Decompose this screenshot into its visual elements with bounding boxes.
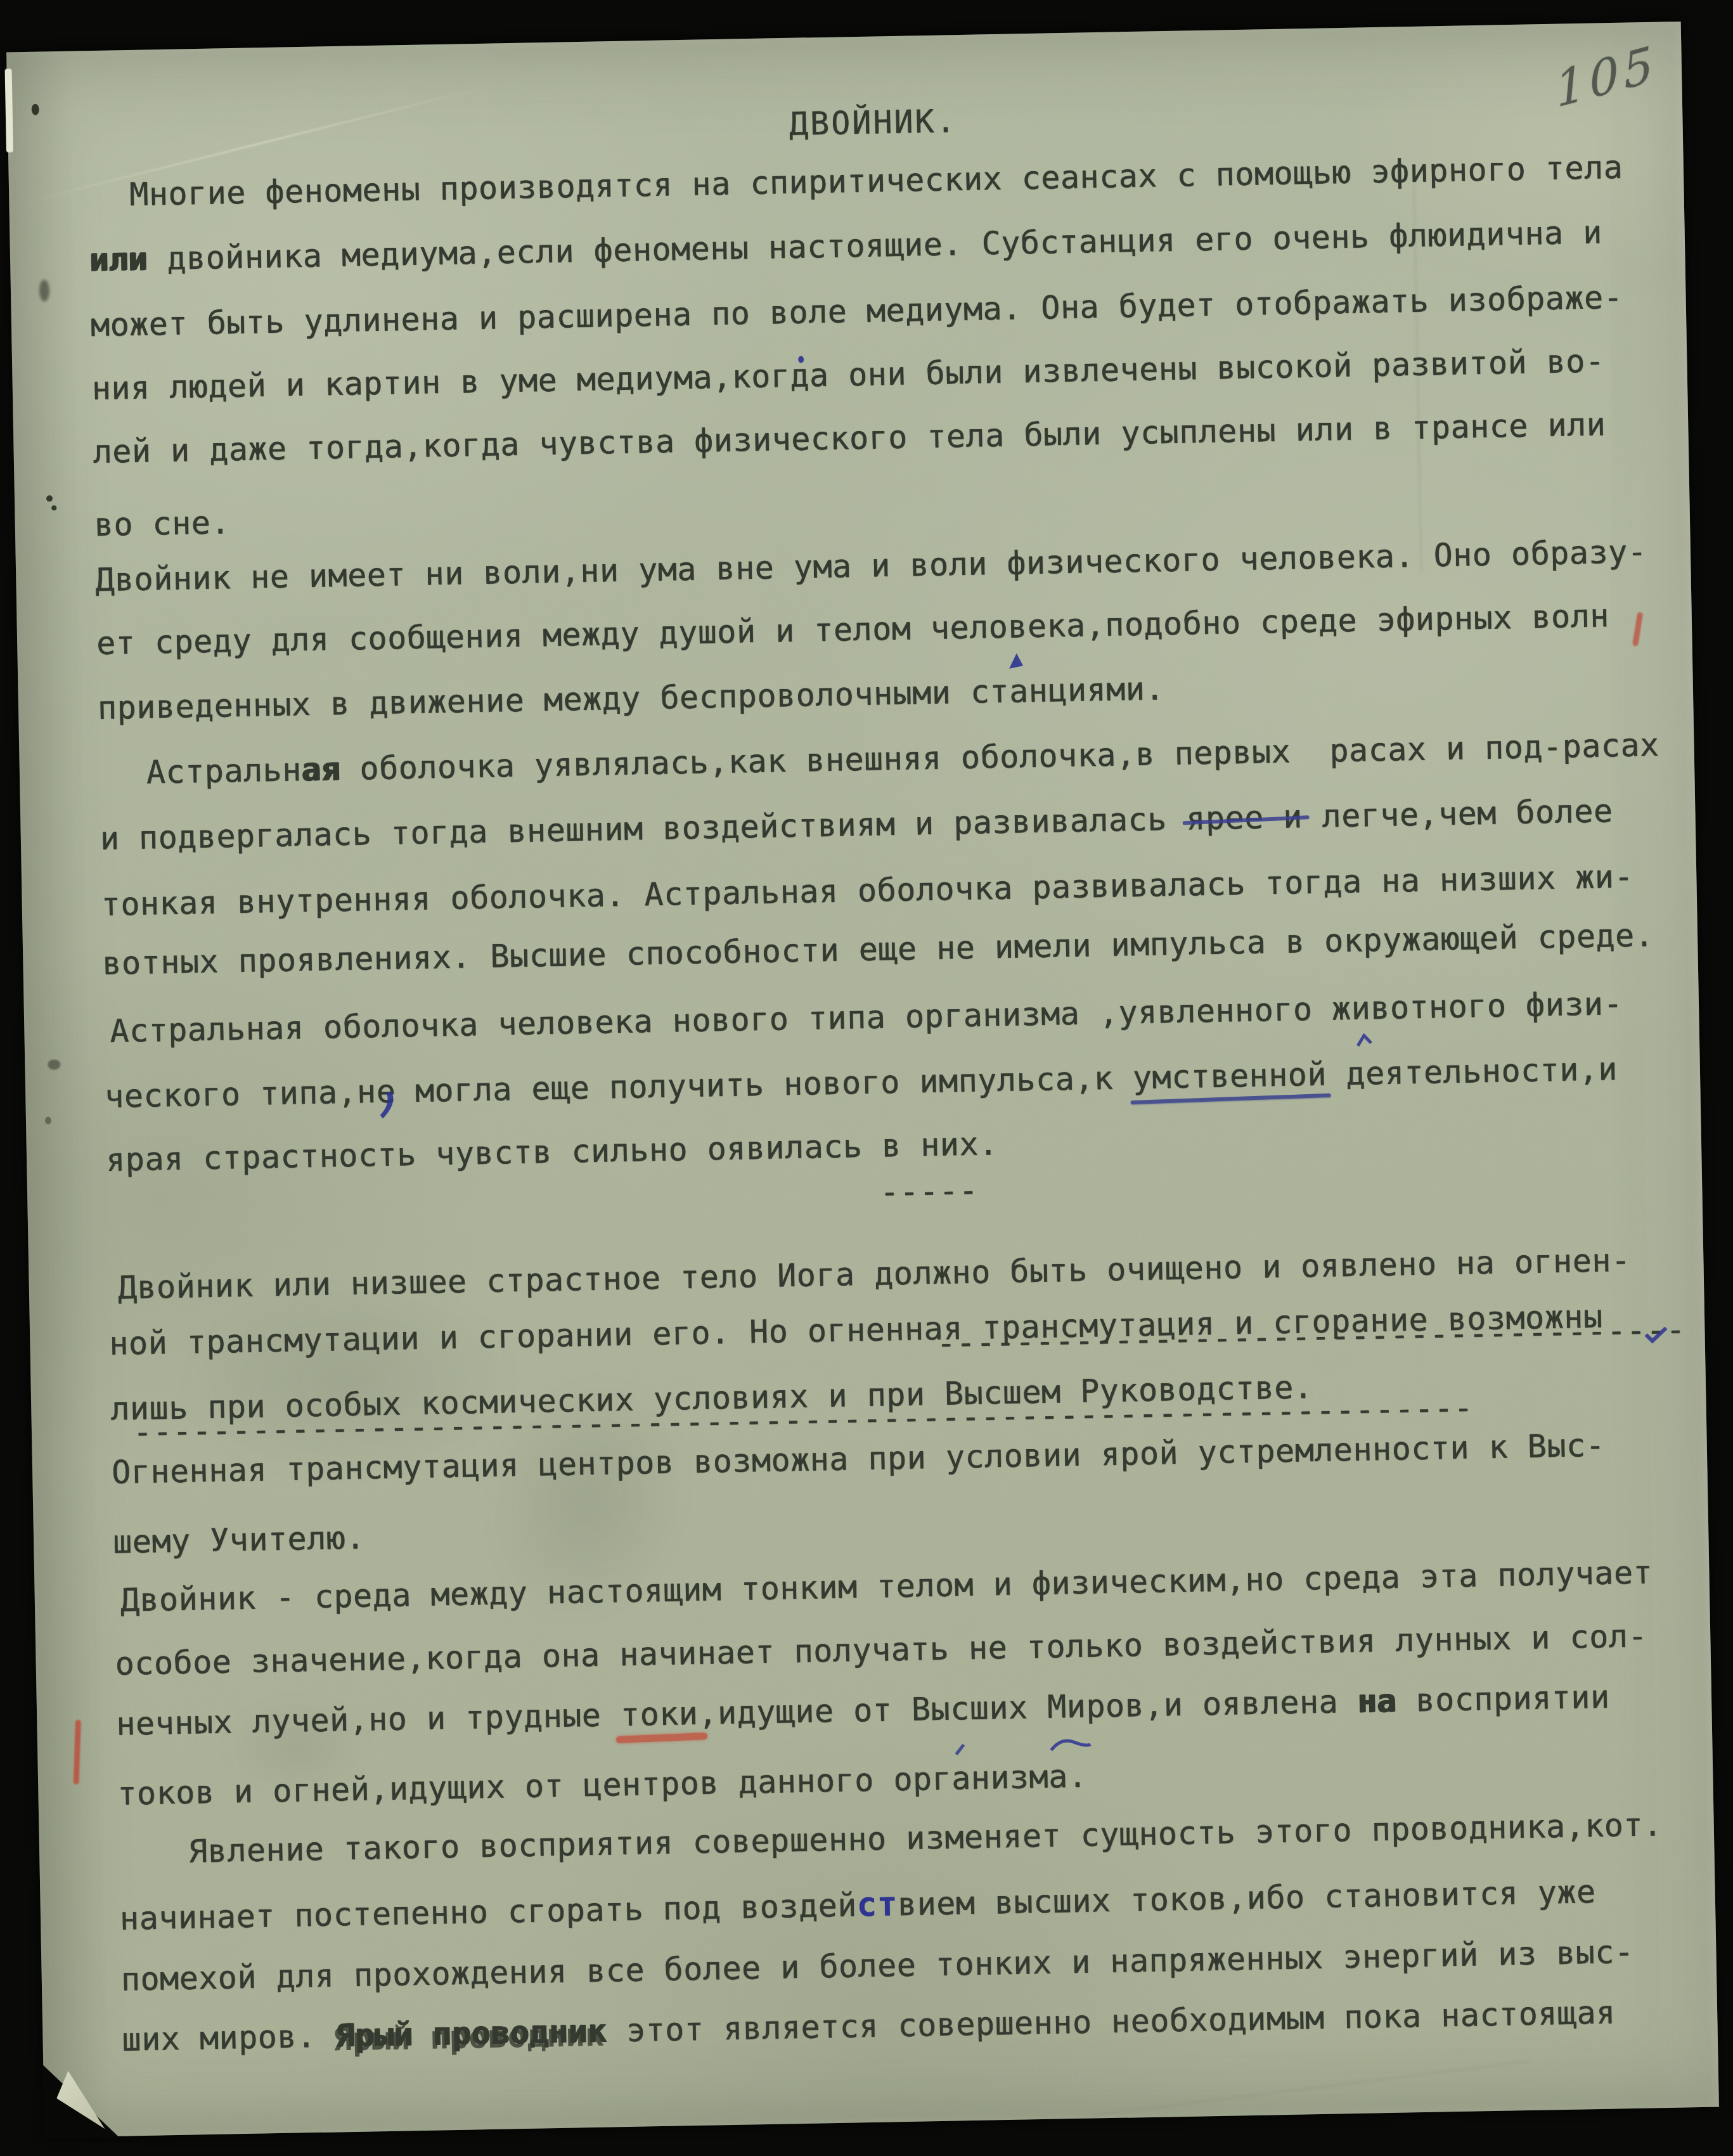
blue-strikethrough-mark: ярее и xyxy=(1186,798,1303,837)
text-line: лей и даже тогда,когда чувства физическо… xyxy=(93,406,1606,470)
blue-underline-mark: умственной xyxy=(1132,1056,1327,1097)
scanned-document-screenshot: { "page": { "number": "105" }, "doc": { … xyxy=(0,0,1733,2156)
text-line: ет среду для сообщения между душой и тел… xyxy=(96,598,1610,661)
text-line: начинает постепенно сгорать под воздейст… xyxy=(120,1874,1596,1937)
text-line: и подвергалась тогда внешним воздействия… xyxy=(100,793,1613,856)
text-line: Двойник не имеет ни воли,ни ума вне ума … xyxy=(95,534,1647,598)
text-line: ярая страстность чувств сильно оявилась … xyxy=(106,1126,999,1178)
text-line: ческого типа,не могла еще получить новог… xyxy=(105,1051,1618,1114)
text-line: Явление такого восприятия совершенно изм… xyxy=(188,1807,1663,1869)
typed-separator: ----- xyxy=(880,1173,979,1210)
text-line: приведенных в движение между беспроволоч… xyxy=(98,671,1165,726)
text-line: тонкая внутренняя оболочка. Астральная о… xyxy=(101,859,1633,922)
document-title: ДВОЙНИК. xyxy=(87,91,1659,155)
text-line: может быть удлинена и расширена по воле … xyxy=(90,280,1623,343)
text-line: нечных лучей,но и трудные токи,идущие от… xyxy=(116,1679,1610,1742)
text-line: Многие феномены производятся на спиритич… xyxy=(129,150,1623,212)
text-line: Двойник или низшее страстное тело Иога д… xyxy=(117,1243,1631,1306)
overtyped-word: на xyxy=(1357,1682,1396,1720)
overtyped-letters: ая xyxy=(301,751,340,788)
text-line: ния людей и картин в уме медиума,когда о… xyxy=(91,343,1605,406)
red-underline-mark: токи xyxy=(620,1695,698,1733)
double-overtyped-words: Ярый проводник xyxy=(335,2013,607,2055)
text-line: Астральная оболочка уявлялась,как внешня… xyxy=(146,727,1659,791)
text-line: помехой для прохождения все более и боле… xyxy=(120,1934,1634,1998)
document-page: ДВОЙНИК. Многие феномены производятся на… xyxy=(6,22,1719,2138)
text-line: токов и огней,идущих от центров данного … xyxy=(117,1759,1088,1812)
text-line: Двойник - среда между настоящим тонким т… xyxy=(120,1554,1652,1618)
overtyped-word: или xyxy=(89,240,148,278)
text-line: особое значение,когда она начинает получ… xyxy=(115,1618,1647,1681)
text-line: вотных проявлениях. Высшие способности е… xyxy=(102,917,1654,981)
text-line: шему Учителю. xyxy=(113,1520,366,1560)
blue-ink-correction: ст xyxy=(856,1885,898,1924)
text-line: ших миров. Ярый проводник этот является … xyxy=(122,1994,1616,2057)
text-line: или двойника медиума,если феномены насто… xyxy=(89,214,1603,278)
typewritten-text: ДВОЙНИК. Многие феномены производятся на… xyxy=(6,22,1719,2138)
text-line: Астральная оболочка человека нового типа… xyxy=(110,986,1623,1049)
text-line: во сне. xyxy=(94,505,230,543)
